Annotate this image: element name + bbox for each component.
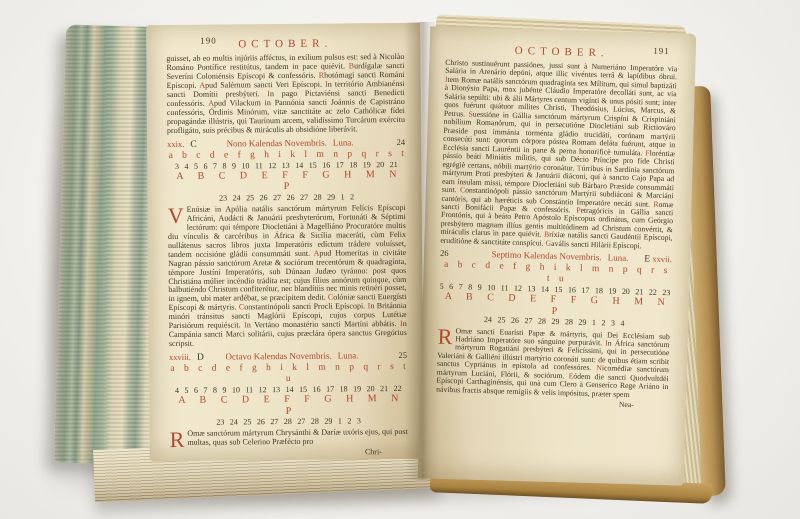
left-page-content: 190 OCTOBER. guisset, ab eo multis injúr… [146, 23, 424, 461]
epact-number: 24 [397, 137, 406, 147]
calendar-margin-right: 24 [369, 137, 405, 147]
photo-background: 190 OCTOBER. guisset, ab eo multis injúr… [0, 0, 800, 519]
right-page-content: OCTOBER. 191 Christo sustinuérunt passió… [418, 26, 697, 485]
left-month-title: OCTOBER. [238, 38, 332, 51]
calendar-date-title: Octavo Kalendas Novembris. [225, 351, 331, 362]
right-page-number: 191 [653, 46, 670, 56]
capitals-row: A B C D E F F G H M N P [167, 169, 405, 194]
left-page-number: 190 [200, 36, 217, 46]
calendar-margin-right: E xxvii. [636, 254, 672, 266]
left-paragraph-3: ROmæ sanctórum mártyrum Chrysánthi & Dar… [170, 428, 408, 448]
calendar-margin-left: xxviii.D [169, 352, 213, 363]
dominical-letter: E [644, 255, 650, 265]
drop-cap-initial: R [170, 430, 188, 448]
epact-number: 25 [398, 350, 407, 360]
calendar-heading: xxviii.D Octavo Kalendas Novembris.Luna.… [169, 350, 407, 363]
calendar-title-group: Nono Kalendas Novembris.Luna. [211, 137, 369, 148]
calendar-entry-nono-kalendas: xxix.C Nono Kalendas Novembris.Luna. 24 … [167, 137, 406, 203]
letters-row: a b c d e f g h i k l m n p q r s t u [169, 362, 407, 386]
calendar-date-title: Septimo Kalendas Novembris. [491, 249, 601, 262]
numbers-row: 23 24 25 26 27 26 27 28 29 1 2 [168, 192, 406, 203]
calendar-date-title: Nono Kalendas Novembris. [227, 137, 327, 148]
luna-label: Luna. [608, 253, 629, 264]
calendar-entry-septimo-kalendas: 26 Septimo Kalendas Novembris.Luna. E xx… [438, 248, 672, 330]
paragraph-text: Omæ sanctórum mártyrum Chrysánthi & Darí… [187, 427, 407, 447]
left-page-header: 190 OCTOBER. [166, 33, 404, 51]
epact-number: 26 [440, 248, 449, 258]
dominical-letter: D [197, 353, 204, 363]
golden-number-roman: xxvii. [652, 254, 672, 265]
right-month-title: OCTOBER. [515, 45, 609, 60]
left-paragraph-2: VEnúsiæ in Apúlia natális sanctórum márt… [168, 204, 407, 349]
open-book: 190 OCTOBER. guisset, ab eo multis injúr… [0, 0, 800, 519]
luna-label: Luna. [338, 350, 359, 360]
golden-number-roman: xxix. [167, 138, 184, 148]
calendar-title-group: Octavo Kalendas Novembris.Luna. [213, 350, 371, 361]
luna-label: Luna. [333, 137, 354, 147]
capitals-row: A B C D E F F G H M N P [169, 393, 407, 418]
left-catchword: Chri- [170, 447, 408, 458]
calendar-margin-left: xxix.C [167, 138, 211, 149]
golden-number-roman: xxviii. [169, 352, 191, 362]
calendar-margin-left: 26 [440, 248, 484, 259]
calendar-margin-right: 25 [371, 350, 407, 360]
paragraph-text: Omæ sancti Euarísti Papæ & mártyris, qui… [436, 326, 670, 399]
dominical-letter: C [190, 139, 196, 149]
left-page: 190 OCTOBER. guisset, ab eo multis injúr… [146, 23, 424, 461]
right-paragraph-2: ROmæ sancti Euarísti Papæ & mártyris, qu… [436, 326, 670, 400]
right-page: OCTOBER. 191 Christo sustinuérunt passió… [418, 26, 697, 485]
calendar-heading: xxix.C Nono Kalendas Novembris.Luna. 24 [167, 137, 405, 150]
numbers-row: 23 24 25 26 27 28 27 28 29 1 2 3 [170, 416, 408, 427]
drop-cap-initial: R [437, 326, 455, 344]
left-paragraph-1: guisset, ab eo multis injúriis afféctus,… [166, 53, 405, 136]
drop-cap-initial: V [168, 206, 187, 224]
right-paragraph-1: Christo sustinuérunt passiónes, jussi su… [440, 59, 677, 252]
calendar-entry-octavo-kalendas: xxviii.D Octavo Kalendas Novembris.Luna.… [169, 350, 408, 427]
paragraph-text: Enúsiæ in Apúlia natális sanctórum márty… [168, 203, 407, 348]
